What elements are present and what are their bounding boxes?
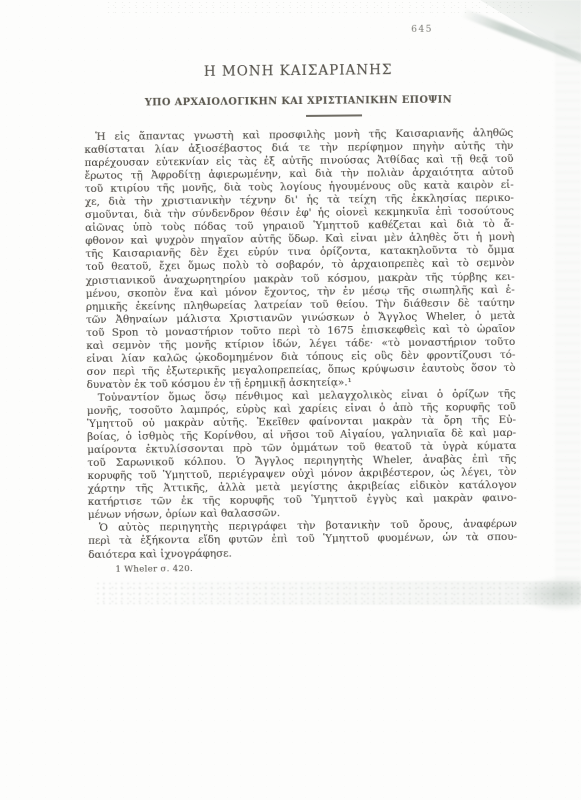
paragraph-3: Ὁ αὐτὸς περιηγητὴς περιγράφει τὴν βοτανι… — [88, 518, 517, 561]
article-title: Η ΜΟΝΗ ΚΑΙΣΑΡΙΑΝΗΣ — [84, 61, 513, 81]
footnote: 1 Wheler σ. 420. — [115, 564, 193, 575]
paragraph-2: Τοὐναντίον ὅμως ὅσῳ πένθιμος καὶ μελαγχο… — [87, 388, 517, 523]
scanned-page: { "page": { "number": "645", "title": "Η… — [0, 0, 581, 800]
page-content: 645 Η ΜΟΝΗ ΚΑΙΣΑΡΙΑΝΗΣ ΥΠΟ ΑΡΧΑΙΟΛΟΓΙΚΗΝ… — [0, 0, 581, 800]
article-body: Ἡ εἰς ἅπαντας γνωστὴ καὶ προσφιλὴς μονὴ … — [84, 127, 517, 562]
title-divider — [306, 114, 362, 116]
page-number: 645 — [411, 25, 433, 35]
article-subtitle: ΥΠΟ ΑΡΧΑΙΟΛΟΓΙΚΗΝ ΚΑΙ ΧΡΙΣΤΙΑΝΙΚΗΝ ΕΠΟΨΙ… — [84, 94, 513, 109]
paragraph-1: Ἡ εἰς ἅπαντας γνωστὴ καὶ προσφιλὴς μονὴ … — [84, 127, 515, 392]
